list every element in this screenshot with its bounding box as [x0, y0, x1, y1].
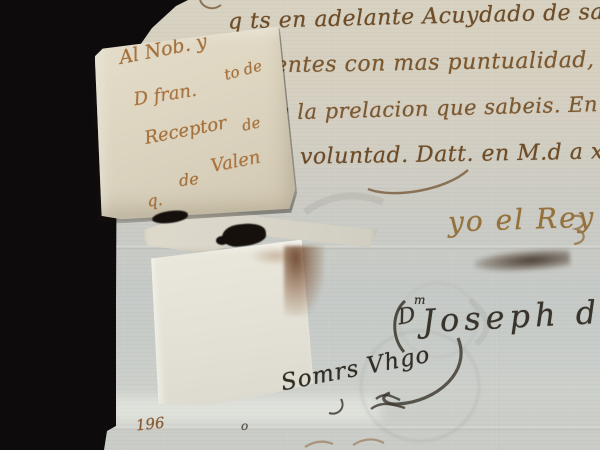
address-line-2: D fran.	[132, 82, 198, 110]
secretary-signature: Joseph de	[421, 295, 600, 338]
royal-signature: yo el Rey	[448, 203, 596, 236]
body-line-2: uientes con mas puntualidad, por se	[252, 48, 600, 77]
body-line-4: voluntad. Datt. en M.d a xx	[300, 141, 600, 169]
wax-seal-fragment	[216, 236, 228, 245]
secretary-signature-initial: D	[396, 305, 417, 330]
fold-crease	[290, 186, 600, 188]
address-line-3-suffix: de	[241, 115, 262, 134]
address-line-5: q.	[146, 192, 163, 210]
address-note: Al Nob. y to de D fran. Receptor de de V…	[94, 26, 297, 219]
address-line-3: Receptor	[143, 114, 228, 148]
photo-of-letter: q ts en adelante Acuydado de satisfa uie…	[0, 0, 600, 450]
address-line-4-prefix: de	[178, 171, 200, 189]
folio-number: 196	[135, 416, 165, 434]
address-line-2-superscript: to de	[223, 58, 264, 82]
small-ink-mark: o	[241, 420, 248, 432]
rust-stain	[284, 246, 324, 316]
address-line-4: Valen	[209, 149, 262, 176]
fold-crease	[104, 427, 600, 430]
